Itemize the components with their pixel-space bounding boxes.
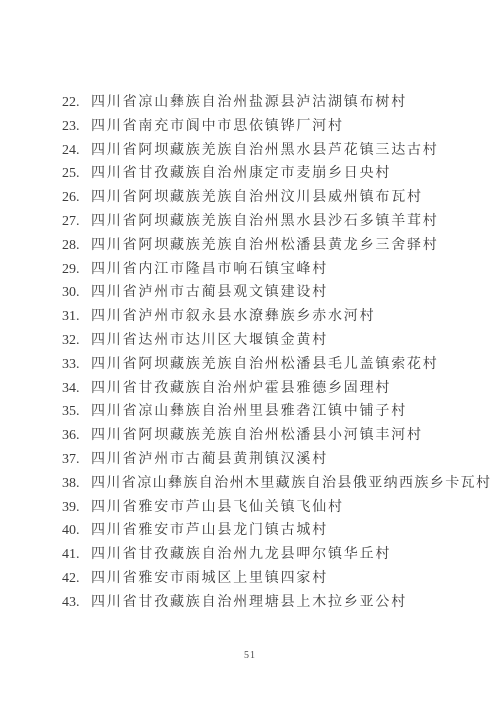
list-item-number: 32. [62, 329, 91, 353]
list-item: 24.四川省阿坝藏族羌族自治州黑水县芦花镇三达古村 [62, 139, 491, 163]
list-item-number: 43. [62, 591, 91, 615]
list-item-text: 四川省雅安市芦山县飞仙关镇飞仙村 [91, 496, 344, 520]
list-item-text: 四川省达州市达川区大堰镇金黄村 [91, 329, 328, 353]
list-item-text: 四川省泸州市古蔺县黄荆镇汉溪村 [91, 448, 328, 472]
list-item-number: 24. [62, 139, 91, 163]
list-item: 41.四川省甘孜藏族自治州九龙县呷尔镇华丘村 [62, 543, 491, 567]
list-item: 35.四川省凉山彝族自治州里县雅砻江镇中铺子村 [62, 400, 491, 424]
list-item: 25.四川省甘孜藏族自治州康定市麦崩乡日央村 [62, 162, 491, 186]
page-number: 51 [0, 650, 500, 661]
list-item-number: 36. [62, 424, 91, 448]
list-item-number: 23. [62, 115, 91, 139]
list-item-text: 四川省泸州市古蔺县观文镇建设村 [91, 281, 328, 305]
list-item: 22.四川省凉山彝族自治州盐源县泸沽湖镇布树村 [62, 91, 491, 115]
list-item: 38.四川省凉山彝族自治州木里藏族自治县俄亚纳西族乡卡瓦村 [62, 472, 491, 496]
list-item: 36.四川省阿坝藏族羌族自治州松潘县小河镇丰河村 [62, 424, 491, 448]
list-item-text: 四川省阿坝藏族羌族自治州黑水县芦花镇三达古村 [91, 139, 439, 163]
list-item-text: 四川省阿坝藏族羌族自治州松潘县黄龙乡三舍驿村 [91, 234, 439, 258]
list-item-number: 39. [62, 496, 91, 520]
list-item-number: 27. [62, 210, 91, 234]
list-item: 23.四川省南充市阆中市思依镇铧厂河村 [62, 115, 491, 139]
list-item: 31.四川省泸州市叙永县水潦彝族乡赤水河村 [62, 305, 491, 329]
list-item: 27.四川省阿坝藏族羌族自治州黑水县沙石多镇羊茸村 [62, 210, 491, 234]
list-item-number: 41. [62, 543, 91, 567]
list-item: 26.四川省阿坝藏族羌族自治州汶川县威州镇布瓦村 [62, 186, 491, 210]
list-item-text: 四川省阿坝藏族羌族自治州松潘县毛儿盖镇索花村 [91, 353, 439, 377]
list-item-text: 四川省凉山彝族自治州木里藏族自治县俄亚纳西族乡卡瓦村 [91, 472, 491, 496]
list-item: 30.四川省泸州市古蔺县观文镇建设村 [62, 281, 491, 305]
list-item-number: 33. [62, 353, 91, 377]
list-item-text: 四川省甘孜藏族自治州炉霍县雅德乡固理村 [91, 377, 391, 401]
list-item-text: 四川省泸州市叙永县水潦彝族乡赤水河村 [91, 305, 375, 329]
list-item: 29.四川省内江市隆昌市响石镇宝峰村 [62, 258, 491, 282]
list-item: 28.四川省阿坝藏族羌族自治州松潘县黄龙乡三舍驿村 [62, 234, 491, 258]
list-item-text: 四川省雅安市雨城区上里镇四家村 [91, 567, 328, 591]
list-item-number: 42. [62, 567, 91, 591]
list-item-text: 四川省凉山彝族自治州里县雅砻江镇中铺子村 [91, 400, 407, 424]
list-item-number: 22. [62, 91, 91, 115]
list-item-number: 34. [62, 377, 91, 401]
list-item-text: 四川省南充市阆中市思依镇铧厂河村 [91, 115, 344, 139]
list-item-text: 四川省雅安市芦山县龙门镇古城村 [91, 519, 328, 543]
list-item-number: 26. [62, 186, 91, 210]
village-list: 22.四川省凉山彝族自治州盐源县泸沽湖镇布树村23.四川省南充市阆中市思依镇铧厂… [62, 91, 491, 615]
list-item: 32.四川省达州市达川区大堰镇金黄村 [62, 329, 491, 353]
list-item-text: 四川省内江市隆昌市响石镇宝峰村 [91, 258, 328, 282]
list-item-text: 四川省阿坝藏族羌族自治州松潘县小河镇丰河村 [91, 424, 423, 448]
list-item: 33.四川省阿坝藏族羌族自治州松潘县毛儿盖镇索花村 [62, 353, 491, 377]
list-item-number: 40. [62, 519, 91, 543]
list-item-number: 31. [62, 305, 91, 329]
list-item-number: 28. [62, 234, 91, 258]
list-item-text: 四川省甘孜藏族自治州理塘县上木拉乡亚公村 [91, 591, 407, 615]
list-item-text: 四川省甘孜藏族自治州康定市麦崩乡日央村 [91, 162, 391, 186]
list-item-text: 四川省阿坝藏族羌族自治州黑水县沙石多镇羊茸村 [91, 210, 439, 234]
list-item: 37.四川省泸州市古蔺县黄荆镇汉溪村 [62, 448, 491, 472]
list-item: 42.四川省雅安市雨城区上里镇四家村 [62, 567, 491, 591]
list-item-text: 四川省凉山彝族自治州盐源县泸沽湖镇布树村 [91, 91, 407, 115]
list-item-text: 四川省阿坝藏族羌族自治州汶川县威州镇布瓦村 [91, 186, 423, 210]
list-item: 34.四川省甘孜藏族自治州炉霍县雅德乡固理村 [62, 377, 491, 401]
list-item-number: 37. [62, 448, 91, 472]
list-item-number: 35. [62, 400, 91, 424]
list-item-number: 30. [62, 281, 91, 305]
list-item-number: 38. [62, 472, 91, 496]
list-item-number: 29. [62, 258, 91, 282]
list-item-text: 四川省甘孜藏族自治州九龙县呷尔镇华丘村 [91, 543, 391, 567]
list-item-number: 25. [62, 162, 91, 186]
list-item: 43.四川省甘孜藏族自治州理塘县上木拉乡亚公村 [62, 591, 491, 615]
list-item: 40.四川省雅安市芦山县龙门镇古城村 [62, 519, 491, 543]
document-page: 22.四川省凉山彝族自治州盐源县泸沽湖镇布树村23.四川省南充市阆中市思依镇铧厂… [0, 0, 500, 707]
list-item: 39.四川省雅安市芦山县飞仙关镇飞仙村 [62, 496, 491, 520]
